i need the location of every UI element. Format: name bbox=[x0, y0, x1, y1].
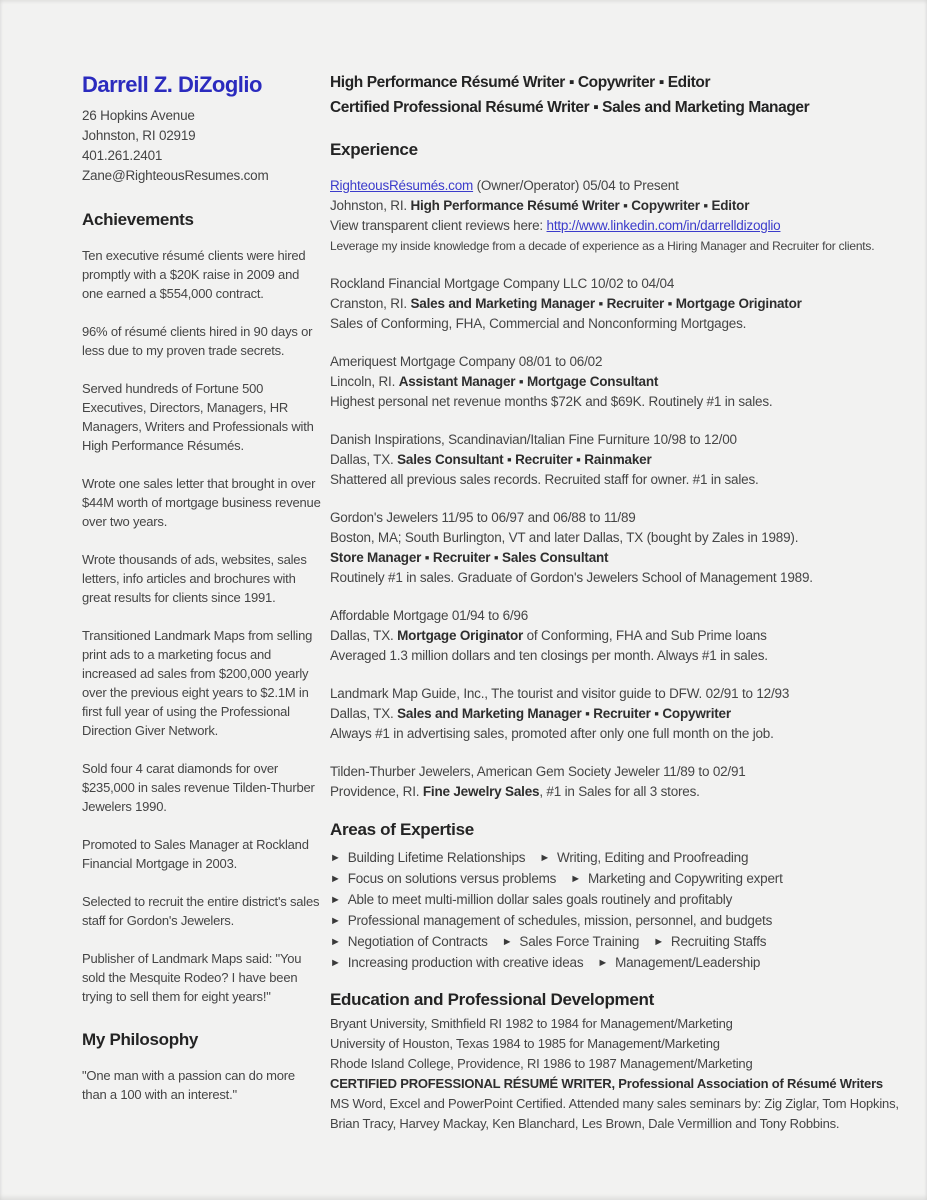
text-line: Dallas, TX. Mortgage Originator of Confo… bbox=[330, 626, 910, 646]
expertise-row: ►Increasing production with creative ide… bbox=[330, 953, 910, 974]
expertise-item: ►Negotiation of Contracts bbox=[330, 934, 488, 949]
text-line: Johnston, RI. High Performance Résumé Wr… bbox=[330, 196, 910, 216]
text-line: Rockland Financial Mortgage Company LLC … bbox=[330, 274, 910, 294]
expertise-row: ►Building Lifetime Relationships►Writing… bbox=[330, 848, 910, 869]
text-segment: Lincoln, RI. bbox=[330, 374, 399, 389]
text-line: Always #1 in advertising sales, promoted… bbox=[330, 724, 910, 744]
text-segment: Sales and Marketing Manager ▪ Recruiter … bbox=[397, 706, 731, 721]
text-segment: View transparent client reviews here: bbox=[330, 218, 547, 233]
education-heading: Education and Professional Development bbox=[330, 990, 910, 1010]
achievement-paragraph: Sold four 4 carat diamonds for over $235… bbox=[82, 759, 322, 816]
arrow-bullet-icon: ► bbox=[330, 915, 341, 927]
text-line: View transparent client reviews here: ht… bbox=[330, 216, 910, 236]
achievement-paragraph: 96% of résumé clients hired in 90 days o… bbox=[82, 322, 322, 360]
arrow-bullet-icon: ► bbox=[330, 957, 341, 969]
text-segment: Highest personal net revenue months $72K… bbox=[330, 394, 772, 409]
text-segment: Rhode Island College, Providence, RI 198… bbox=[330, 1056, 753, 1071]
text-segment: , #1 in Sales for all 3 stores. bbox=[539, 784, 699, 799]
experience-heading: Experience bbox=[330, 140, 910, 160]
expertise-item-label: Negotiation of Contracts bbox=[348, 934, 488, 949]
text-segment: Bryant University, Smithfield RI 1982 to… bbox=[330, 1016, 733, 1031]
text-line: Affordable Mortgage 01/94 to 6/96 bbox=[330, 606, 910, 626]
text-segment: Store Manager ▪ Recruiter ▪ Sales Consul… bbox=[330, 550, 608, 565]
text-line: Highest personal net revenue months $72K… bbox=[330, 392, 910, 412]
text-segment: Providence, RI. bbox=[330, 784, 423, 799]
job-entry: Gordon's Jewelers 11/95 to 06/97 and 06/… bbox=[330, 508, 910, 588]
expertise-item: ►Professional management of schedules, m… bbox=[330, 913, 772, 928]
job-entry: Landmark Map Guide, Inc., The tourist an… bbox=[330, 684, 910, 744]
arrow-bullet-icon: ► bbox=[653, 936, 664, 948]
text-line: Bryant University, Smithfield RI 1982 to… bbox=[330, 1014, 910, 1034]
text-segment: Tilden-Thurber Jewelers, American Gem So… bbox=[330, 764, 746, 779]
arrow-bullet-icon: ► bbox=[330, 873, 341, 885]
text-line: Averaged 1.3 million dollars and ten clo… bbox=[330, 646, 910, 666]
text-segment: Danish Inspirations, Scandinavian/Italia… bbox=[330, 432, 737, 447]
expertise-item: ►Recruiting Staffs bbox=[653, 934, 766, 949]
arrow-bullet-icon: ► bbox=[330, 852, 341, 864]
arrow-bullet-icon: ► bbox=[502, 936, 513, 948]
job-entry: Tilden-Thurber Jewelers, American Gem So… bbox=[330, 762, 910, 802]
arrow-bullet-icon: ► bbox=[597, 957, 608, 969]
expertise-item: ►Management/Leadership bbox=[597, 955, 760, 970]
text-segment: Gordon's Jewelers 11/95 to 06/97 and 06/… bbox=[330, 510, 636, 525]
contact-line: 26 Hopkins Avenue bbox=[82, 106, 322, 126]
text-segment: Dallas, TX. bbox=[330, 628, 397, 643]
text-segment: Johnston, RI. bbox=[330, 198, 411, 213]
arrow-bullet-icon: ► bbox=[330, 894, 341, 906]
arrow-bullet-icon: ► bbox=[330, 936, 341, 948]
achievement-paragraph: Served hundreds of Fortune 500 Executive… bbox=[82, 379, 322, 455]
contact-line: 401.261.2401 bbox=[82, 146, 322, 166]
text-segment: Routinely #1 in sales. Graduate of Gordo… bbox=[330, 570, 813, 585]
text-line: Danish Inspirations, Scandinavian/Italia… bbox=[330, 430, 910, 450]
text-segment: Ameriquest Mortgage Company 08/01 to 06/… bbox=[330, 354, 602, 369]
expertise-item-label: Management/Leadership bbox=[615, 955, 760, 970]
achievements-list: Ten executive résumé clients were hired … bbox=[82, 246, 322, 1006]
expertise-item: ►Writing, Editing and Proofreading bbox=[539, 850, 748, 865]
headline-line-2: Certified Professional Résumé Writer ▪ S… bbox=[330, 95, 910, 120]
expertise-row: ►Focus on solutions versus problems►Mark… bbox=[330, 869, 910, 890]
right-column: High Performance Résumé Writer ▪ Copywri… bbox=[330, 70, 910, 1134]
text-segment: Rockland Financial Mortgage Company LLC … bbox=[330, 276, 674, 291]
expertise-item: ►Sales Force Training bbox=[502, 934, 640, 949]
achievement-paragraph: Selected to recruit the entire district'… bbox=[82, 892, 322, 930]
headline-line-1: High Performance Résumé Writer ▪ Copywri… bbox=[330, 70, 910, 95]
achievement-paragraph: Wrote one sales letter that brought in o… bbox=[82, 474, 322, 531]
text-line: Lincoln, RI. Assistant Manager ▪ Mortgag… bbox=[330, 372, 910, 392]
text-line: Cranston, RI. Sales and Marketing Manage… bbox=[330, 294, 910, 314]
left-column: Darrell Z. DiZoglio 26 Hopkins AvenueJoh… bbox=[82, 72, 322, 1123]
job-entry: Ameriquest Mortgage Company 08/01 to 06/… bbox=[330, 352, 910, 412]
text-line: Leverage my inside knowledge from a deca… bbox=[330, 236, 910, 256]
job-entry: Affordable Mortgage 01/94 to 6/96Dallas,… bbox=[330, 606, 910, 666]
expertise-row: ►Able to meet multi-million dollar sales… bbox=[330, 890, 910, 911]
expertise-item-label: Able to meet multi-million dollar sales … bbox=[348, 892, 732, 907]
text-segment: Landmark Map Guide, Inc., The tourist an… bbox=[330, 686, 789, 701]
expertise-list: ►Building Lifetime Relationships►Writing… bbox=[330, 848, 910, 974]
contact-block: 26 Hopkins AvenueJohnston, RI 02919401.2… bbox=[82, 106, 322, 186]
text-segment: Sales and Marketing Manager ▪ Recruiter … bbox=[410, 296, 801, 311]
text-line: RighteousRésumés.com (Owner/Operator) 05… bbox=[330, 176, 910, 196]
job-entry: RighteousRésumés.com (Owner/Operator) 05… bbox=[330, 176, 910, 256]
text-segment: Fine Jewelry Sales bbox=[423, 784, 539, 799]
philosophy-heading: My Philosophy bbox=[82, 1030, 322, 1050]
achievement-paragraph: Promoted to Sales Manager at Rockland Fi… bbox=[82, 835, 322, 873]
arrow-bullet-icon: ► bbox=[570, 873, 581, 885]
contact-line: Zane@RighteousResumes.com bbox=[82, 166, 322, 186]
text-segment: Assistant Manager ▪ Mortgage Consultant bbox=[399, 374, 659, 389]
expertise-item: ►Focus on solutions versus problems bbox=[330, 871, 556, 886]
text-segment: Sales Consultant ▪ Recruiter ▪ Rainmaker bbox=[397, 452, 651, 467]
expertise-heading: Areas of Expertise bbox=[330, 820, 910, 840]
text-line: Shattered all previous sales records. Re… bbox=[330, 470, 910, 490]
education-list: Bryant University, Smithfield RI 1982 to… bbox=[330, 1014, 910, 1134]
text-line: Store Manager ▪ Recruiter ▪ Sales Consul… bbox=[330, 548, 910, 568]
expertise-item: ►Marketing and Copywriting expert bbox=[570, 871, 782, 886]
text-segment: of Conforming, FHA and Sub Prime loans bbox=[523, 628, 767, 643]
text-segment: High Performance Résumé Writer ▪ Copywri… bbox=[411, 198, 750, 213]
text-segment: University of Houston, Texas 1984 to 198… bbox=[330, 1036, 720, 1051]
text-segment: Cranston, RI. bbox=[330, 296, 410, 311]
job-entry: Danish Inspirations, Scandinavian/Italia… bbox=[330, 430, 910, 490]
text-line: MS Word, Excel and PowerPoint Certified.… bbox=[330, 1094, 910, 1134]
text-segment: Leverage my inside knowledge from a deca… bbox=[330, 239, 874, 253]
achievement-paragraph: Ten executive résumé clients were hired … bbox=[82, 246, 322, 303]
hyperlink[interactable]: RighteousRésumés.com bbox=[330, 178, 473, 193]
text-line: Dallas, TX. Sales Consultant ▪ Recruiter… bbox=[330, 450, 910, 470]
resume-page: Darrell Z. DiZoglio 26 Hopkins AvenueJoh… bbox=[0, 0, 927, 1200]
text-line: Dallas, TX. Sales and Marketing Manager … bbox=[330, 704, 910, 724]
expertise-item-label: Increasing production with creative idea… bbox=[348, 955, 584, 970]
achievements-heading: Achievements bbox=[82, 210, 322, 230]
text-line: Providence, RI. Fine Jewelry Sales, #1 i… bbox=[330, 782, 910, 802]
text-segment: Averaged 1.3 million dollars and ten clo… bbox=[330, 648, 768, 663]
expertise-item-label: Building Lifetime Relationships bbox=[348, 850, 526, 865]
expertise-row: ►Professional management of schedules, m… bbox=[330, 911, 910, 932]
text-line: Boston, MA; South Burlington, VT and lat… bbox=[330, 528, 910, 548]
text-segment: Dallas, TX. bbox=[330, 452, 397, 467]
text-segment: Sales of Conforming, FHA, Commercial and… bbox=[330, 316, 746, 331]
text-line: Tilden-Thurber Jewelers, American Gem So… bbox=[330, 762, 910, 782]
expertise-item-label: Writing, Editing and Proofreading bbox=[557, 850, 748, 865]
text-segment: CERTIFIED PROFESSIONAL RÉSUMÉ WRITER, Pr… bbox=[330, 1076, 883, 1091]
text-line: Gordon's Jewelers 11/95 to 06/97 and 06/… bbox=[330, 508, 910, 528]
text-line: Rhode Island College, Providence, RI 198… bbox=[330, 1054, 910, 1074]
text-segment: MS Word, Excel and PowerPoint Certified.… bbox=[330, 1096, 899, 1131]
text-line: University of Houston, Texas 1984 to 198… bbox=[330, 1034, 910, 1054]
expertise-item-label: Professional management of schedules, mi… bbox=[348, 913, 772, 928]
expertise-item: ►Increasing production with creative ide… bbox=[330, 955, 583, 970]
expertise-row: ►Negotiation of Contracts►Sales Force Tr… bbox=[330, 932, 910, 953]
text-segment: Always #1 in advertising sales, promoted… bbox=[330, 726, 774, 741]
person-name: Darrell Z. DiZoglio bbox=[82, 72, 322, 98]
text-line: Routinely #1 in sales. Graduate of Gordo… bbox=[330, 568, 910, 588]
expertise-item: ►Building Lifetime Relationships bbox=[330, 850, 525, 865]
expertise-item-label: Recruiting Staffs bbox=[671, 934, 766, 949]
text-line: Sales of Conforming, FHA, Commercial and… bbox=[330, 314, 910, 334]
achievement-paragraph: Transitioned Landmark Maps from selling … bbox=[82, 626, 322, 740]
text-line: Ameriquest Mortgage Company 08/01 to 06/… bbox=[330, 352, 910, 372]
job-entry: Rockland Financial Mortgage Company LLC … bbox=[330, 274, 910, 334]
contact-line: Johnston, RI 02919 bbox=[82, 126, 322, 146]
text-line: Landmark Map Guide, Inc., The tourist an… bbox=[330, 684, 910, 704]
expertise-item: ►Able to meet multi-million dollar sales… bbox=[330, 892, 732, 907]
text-segment: Boston, MA; South Burlington, VT and lat… bbox=[330, 530, 798, 545]
text-segment: Dallas, TX. bbox=[330, 706, 397, 721]
achievement-paragraph: Publisher of Landmark Maps said: "You so… bbox=[82, 949, 322, 1006]
achievement-paragraph: Wrote thousands of ads, websites, sales … bbox=[82, 550, 322, 607]
expertise-item-label: Marketing and Copywriting expert bbox=[588, 871, 783, 886]
text-segment: (Owner/Operator) 05/04 to Present bbox=[473, 178, 679, 193]
expertise-item-label: Focus on solutions versus problems bbox=[348, 871, 557, 886]
text-segment: Shattered all previous sales records. Re… bbox=[330, 472, 759, 487]
text-segment: Mortgage Originator bbox=[397, 628, 523, 643]
philosophy-quote: "One man with a passion can do more than… bbox=[82, 1066, 322, 1104]
arrow-bullet-icon: ► bbox=[539, 852, 550, 864]
experience-list: RighteousRésumés.com (Owner/Operator) 05… bbox=[330, 176, 910, 802]
text-line: CERTIFIED PROFESSIONAL RÉSUMÉ WRITER, Pr… bbox=[330, 1074, 910, 1094]
expertise-item-label: Sales Force Training bbox=[519, 934, 639, 949]
hyperlink[interactable]: http://www.linkedin.com/in/darrelldizogl… bbox=[547, 218, 781, 233]
text-segment: Affordable Mortgage 01/94 to 6/96 bbox=[330, 608, 528, 623]
